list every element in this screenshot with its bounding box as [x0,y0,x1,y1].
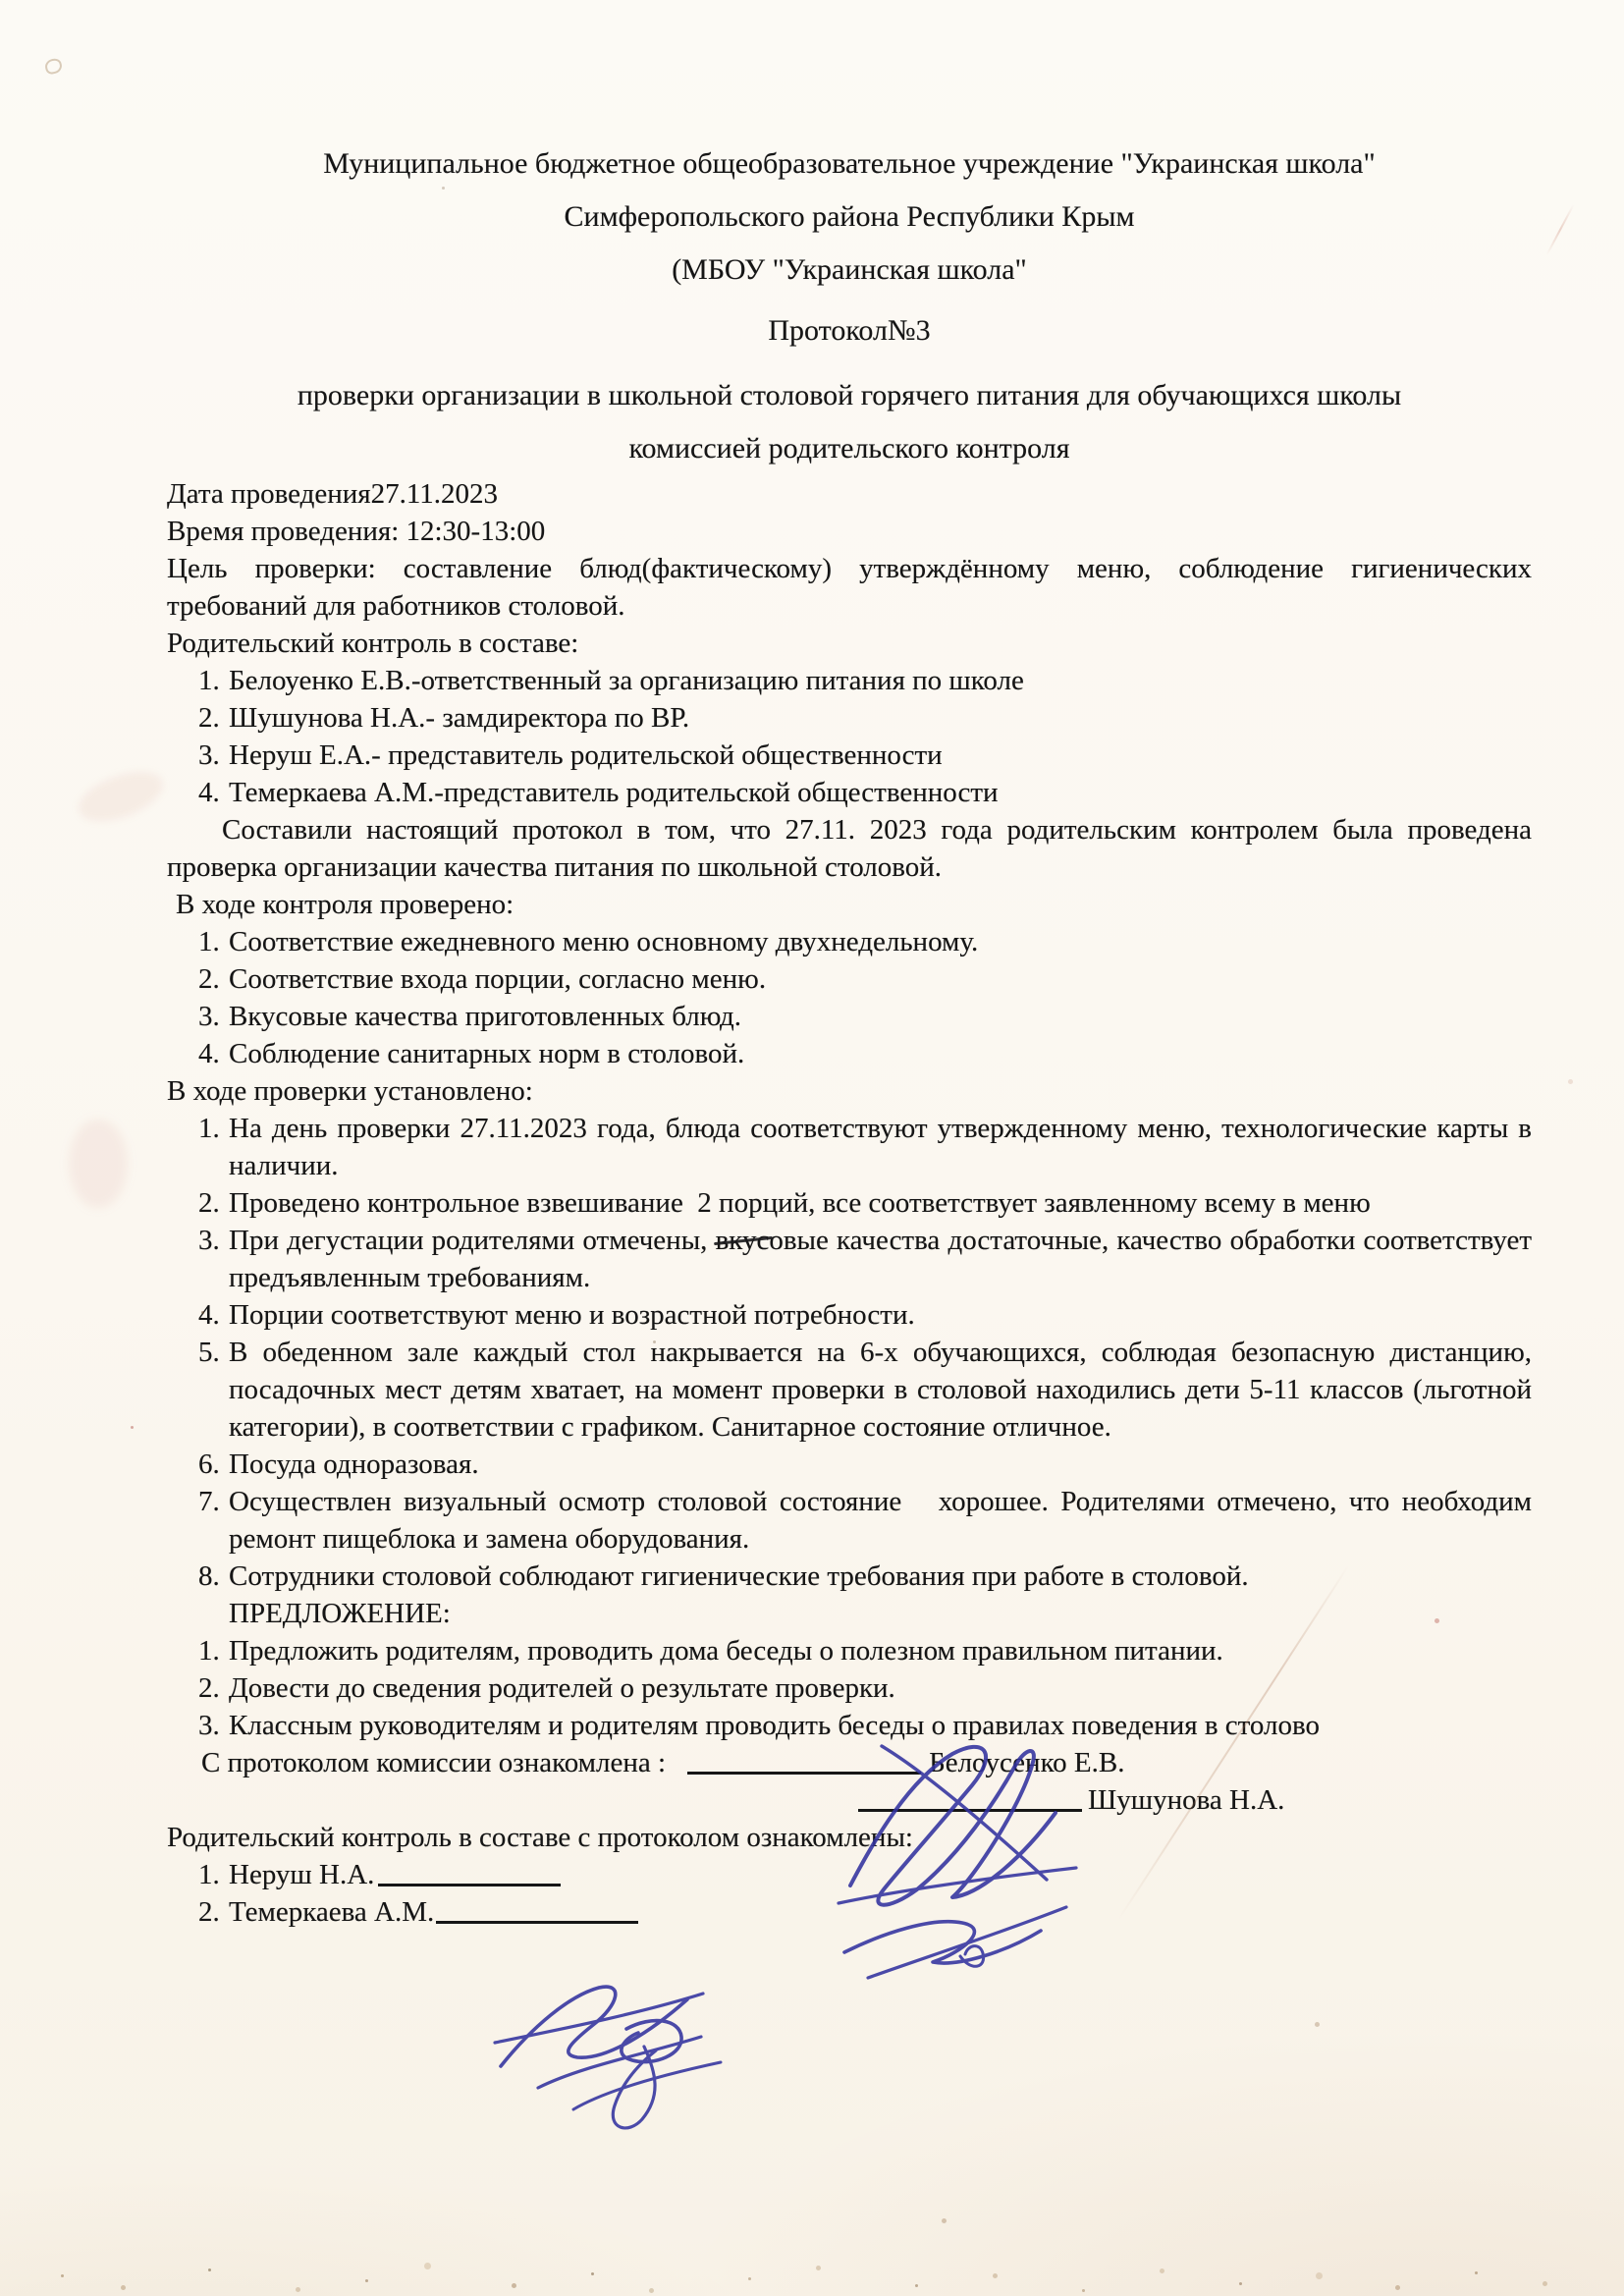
subtitle-line-1: проверки организации в школьной столовой… [167,369,1532,422]
proposal-item: Предложить родителям, проводить дома бес… [167,1632,1532,1669]
established-item: На день проверки 27.11.2023 года, блюда … [167,1110,1532,1184]
committee-members-list: Белоуенко Е.В.-ответственный за организа… [167,662,1532,811]
checked-item: Соответствие входа порции, согласно меню… [167,960,1532,998]
org-abbrev-line: (МБОУ "Украинская школа" [167,244,1532,297]
committee-member: Шушунова Н.А.- замдиректора по ВР. [167,699,1532,737]
paper-stain-ring [43,57,63,76]
paper-smudge-left-upper [73,762,170,831]
parents-ack-list: Неруш Н.А. Темеркаева А.М. [167,1856,1532,1931]
protocol-title: Протокол№3 [167,304,1532,357]
established-item: Проведено контрольное взвешивание 2 порц… [167,1184,1532,1222]
signature-line [378,1884,561,1886]
committee-member: Неруш Е.А.- представитель родительской о… [167,737,1532,774]
paper-scratch-top-right [1546,204,1575,255]
checked-item: Соответствие ежедневного меню основному … [167,923,1532,960]
org-district-line: Симферопольского района Республики Крым [167,191,1532,244]
established-item: Посуда одноразовая. [167,1446,1532,1483]
pen-struck-word: вкусовые [716,1225,829,1256]
established-heading: В ходе проверки установлено: [167,1072,1532,1110]
proposal-items-list: Предложить родителям, проводить дома бес… [167,1632,1532,1744]
scanned-protocol-page: Муниципальное бюджетное общеобразователь… [0,0,1624,2296]
signatory-name: Белоусенко Е.В. [929,1747,1124,1778]
protocol-body: Дата проведения27.11.2023 Время проведен… [167,475,1532,1931]
checked-item: Вкусовые качества приготовленных блюд. [167,998,1532,1035]
committee-heading: Родительский контроль в составе: [167,625,1532,662]
established-items-list: На день проверки 27.11.2023 года, блюда … [167,1110,1532,1595]
checked-heading: В ходе контроля проверено: [167,886,1532,923]
proposal-item: Довести до сведения родителей о результа… [167,1669,1532,1707]
org-header: Муниципальное бюджетное общеобразователь… [167,137,1532,297]
parents-ack-heading: Родительский контроль в составе с проток… [167,1819,1532,1856]
established-item: Сотрудники столовой соблюдают гигиеничес… [167,1558,1532,1595]
signature-scribble-nerush-temerkaeva [479,1972,764,2137]
signature-line [436,1921,638,1924]
parents-ack-item: Неруш Н.А. [167,1856,1532,1893]
acknowledgement-row-2: Шушунова Н.А. [167,1781,1532,1819]
paper-edge-speckles [0,2247,3,2250]
parents-ack-item: Темеркаева А.М. [167,1893,1532,1931]
acknowledgement-row-1: С протоколом комиссии ознакомлена :Белоу… [167,1744,1532,1781]
signature-line [858,1809,1082,1812]
committee-member: Темеркаева А.М.-представитель родительск… [167,774,1532,811]
time-line: Время проведения: 12:30-13:00 [167,513,1532,550]
signature-line [687,1772,921,1775]
checked-items-list: Соответствие ежедневного меню основному … [167,923,1532,1072]
protocol-subtitle: проверки организации в школьной столовой… [167,369,1532,475]
checked-item: Соблюдение санитарных норм в столовой. [167,1035,1532,1072]
established-item: В обеденном зале каждый стол накрывается… [167,1334,1532,1446]
purpose-line: Цель проверки: составление блюд(фактичес… [167,550,1532,625]
signatory-name: Шушунова Н.А. [1088,1784,1284,1816]
org-name-line: Муниципальное бюджетное общеобразователь… [167,137,1532,191]
paper-smudge-left-lower [69,1120,128,1208]
subtitle-line-2: комиссией родительского контроля [167,422,1532,475]
preamble-paragraph: Составили настоящий протокол в том, что … [167,811,1532,886]
established-item: При дегустации родителями отмечены, вкус… [167,1222,1532,1296]
established-item: Осуществлен визуальный осмотр столовой с… [167,1483,1532,1558]
acknowledgement-label: С протоколом комиссии ознакомлена : [201,1747,666,1778]
established-item: Порции соответствуют меню и возрастной п… [167,1296,1532,1334]
date-line: Дата проведения27.11.2023 [167,475,1532,513]
paper-specks [0,0,3,3]
proposal-item: Классным руководителям и родителям прово… [167,1707,1532,1744]
committee-member: Белоуенко Е.В.-ответственный за организа… [167,662,1532,699]
